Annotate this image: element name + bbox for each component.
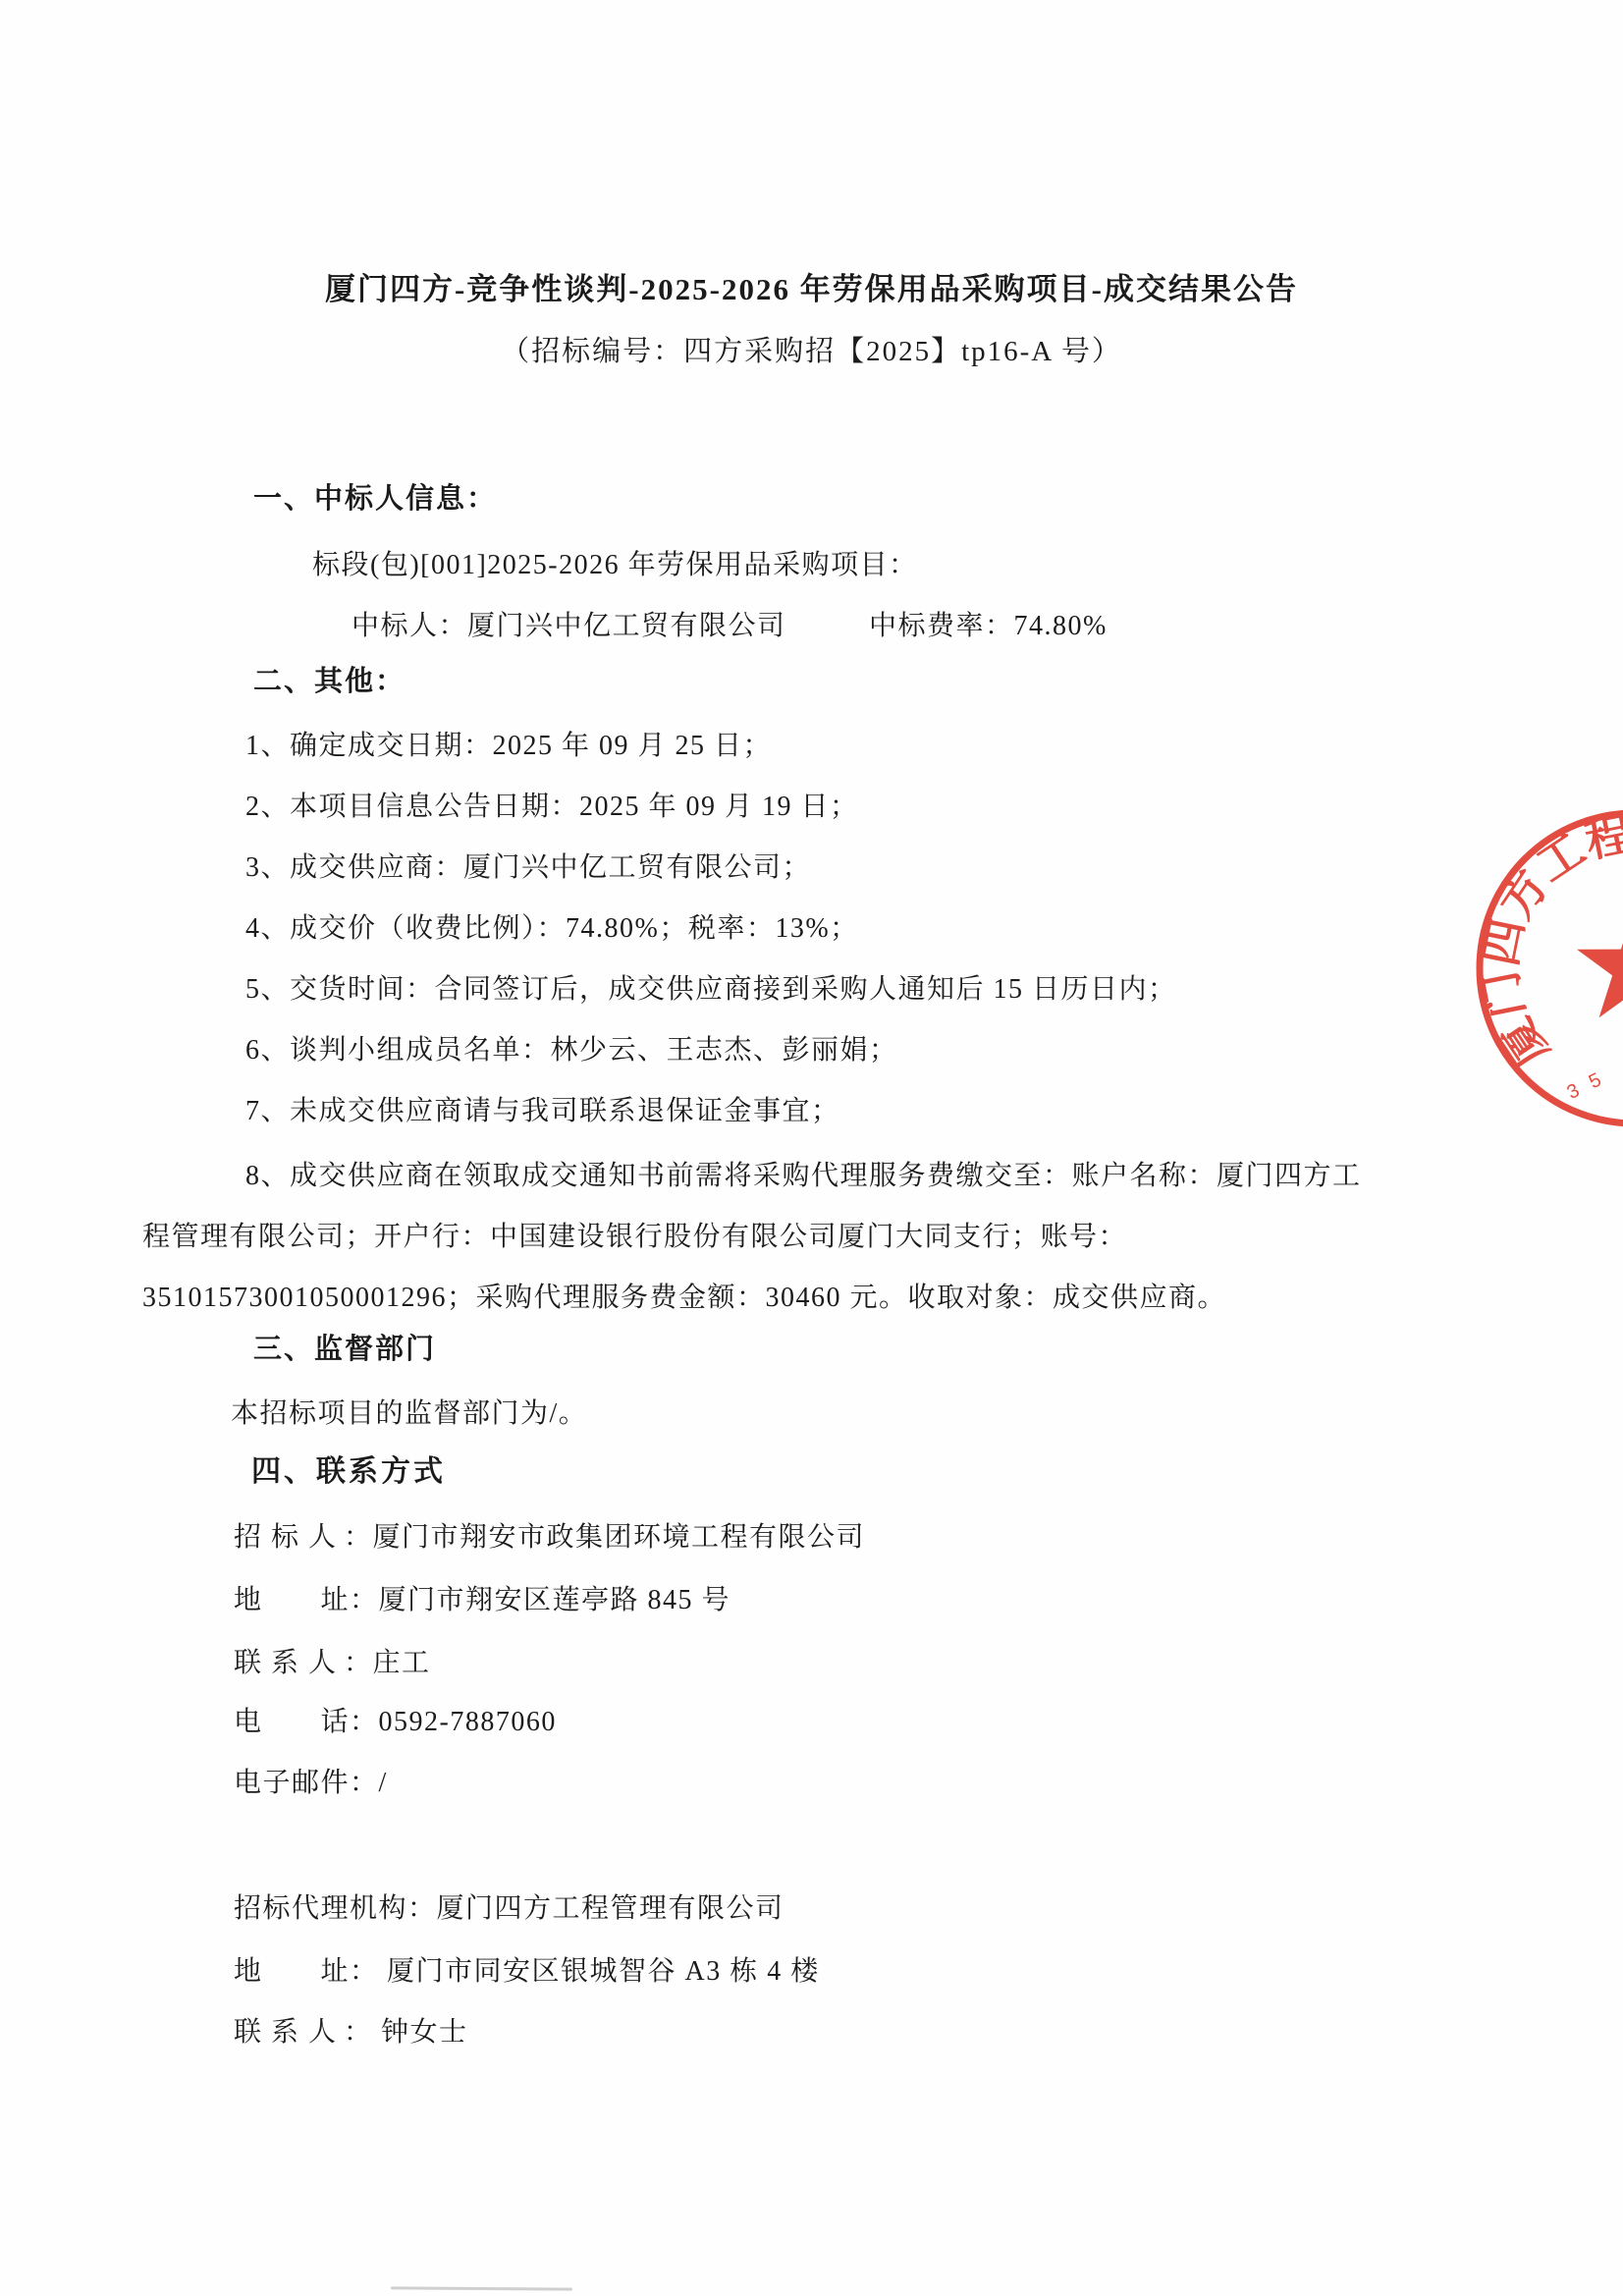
tenderer-phone-row: 电 话：0592-7887060 bbox=[234, 1705, 557, 1739]
seal-graphic: 厦门四方工程管理有限公司 3 5 bbox=[1465, 803, 1623, 1157]
section-heading-contact: 四、联系方式 bbox=[251, 1453, 446, 1491]
other-item-8-line-1: 8、成交供应商在领取成交通知书前需将采购代理服务费缴交至：账户名称：厦门四方工 bbox=[245, 1159, 1362, 1193]
section-heading-winner-info: 一、中标人信息： bbox=[253, 481, 497, 517]
row-label: 联 系 人 bbox=[234, 2015, 344, 2050]
row-value: / bbox=[379, 1768, 388, 1798]
separator: ： bbox=[344, 1522, 373, 1553]
row-label: 电子邮件 bbox=[234, 1766, 350, 1800]
separator: ： bbox=[350, 1585, 379, 1615]
seal-company-text: 厦门四方工程管理有限公司 bbox=[1476, 808, 1623, 1075]
document-page: 厦门四方-竞争性谈判-2025-2026 年劳保用品采购项目-成交结果公告 （招… bbox=[0, 0, 1623, 2296]
other-item-3: 3、成交供应商：厦门兴中亿工贸有限公司； bbox=[245, 850, 811, 885]
other-item-6: 6、谈判小组成员名单：林少云、王志杰、彭丽娟； bbox=[245, 1033, 898, 1067]
row-label: 招 标 人 bbox=[234, 1520, 344, 1555]
row-value: 厦门四方工程管理有限公司 bbox=[437, 1893, 784, 1924]
section-heading-other: 二、其他： bbox=[253, 664, 406, 699]
fee-line: 中标费率：74.80% bbox=[869, 609, 1108, 643]
other-item-5: 5、交货时间：合同签订后，成交供应商接到采购人通知后 15 日历日内； bbox=[245, 972, 1177, 1007]
row-label: 地 址 bbox=[234, 1583, 350, 1617]
row-value: 庄工 bbox=[373, 1648, 431, 1678]
fee-label: 中标费率 bbox=[869, 611, 985, 641]
agency-contact-person-row: 联 系 人： 钟女士 bbox=[234, 2015, 468, 2050]
separator: ： bbox=[350, 1956, 379, 1987]
tenderer-contact-person-row: 联 系 人：庄工 bbox=[234, 1646, 431, 1680]
seal-star-icon bbox=[1577, 907, 1623, 1017]
row-label: 电 话 bbox=[234, 1705, 350, 1739]
other-item-1: 1、确定成交日期：2025 年 09 月 25 日； bbox=[245, 729, 772, 763]
row-value: 0592-7887060 bbox=[379, 1707, 557, 1737]
separator: ： bbox=[985, 611, 1014, 641]
lot-line: 标段(包)[001]2025-2026 年劳保用品采购项目： bbox=[312, 548, 918, 582]
row-label: 地 址 bbox=[234, 1954, 350, 1989]
tenderer-email-row: 电子邮件：/ bbox=[234, 1766, 388, 1800]
row-value: 钟女士 bbox=[373, 2017, 468, 2048]
row-value: 厦门市翔安区莲亭路 845 号 bbox=[379, 1585, 731, 1615]
winner-label: 中标人 bbox=[352, 611, 439, 641]
other-item-8-line-2: 程管理有限公司；开户行：中国建设银行股份有限公司厦门大同支行；账号： bbox=[142, 1220, 1127, 1254]
company-seal: 厦门四方工程管理有限公司 3 5 bbox=[1465, 803, 1623, 1157]
section-heading-supervision: 三、监督部门 bbox=[253, 1332, 436, 1367]
fee-value: 74.80% bbox=[1014, 611, 1108, 641]
other-item-2: 2、本项目信息公告日期：2025 年 09 月 19 日； bbox=[245, 790, 859, 824]
winner-value: 厦门兴中亿工贸有限公司 bbox=[467, 611, 786, 641]
separator: ： bbox=[350, 1707, 379, 1737]
row-label: 招标代理机构 bbox=[234, 1893, 407, 1924]
other-item-4: 4、成交价（收费比例）：74.80%；税率：13%； bbox=[245, 911, 859, 946]
scan-artifact-line bbox=[391, 2286, 572, 2290]
supervision-text: 本招标项目的监督部门为/。 bbox=[231, 1396, 587, 1431]
separator: ： bbox=[439, 611, 468, 641]
row-value: 厦门市同安区银城智谷 A3 栋 4 楼 bbox=[379, 1956, 820, 1987]
winner-line: 中标人：厦门兴中亿工贸有限公司 bbox=[352, 609, 786, 643]
other-item-7: 7、未成交供应商请与我司联系退保证金事宜； bbox=[245, 1094, 840, 1128]
page-subtitle: （招标编号：四方采购招【2025】tp16-A 号） bbox=[0, 334, 1623, 369]
page-title: 厦门四方-竞争性谈判-2025-2026 年劳保用品采购项目-成交结果公告 bbox=[0, 271, 1623, 309]
seal-digits: 3 5 bbox=[1564, 1067, 1608, 1104]
row-value: 厦门市翔安市政集团环境工程有限公司 bbox=[373, 1522, 866, 1553]
row-label: 联 系 人 bbox=[234, 1646, 344, 1680]
separator: ： bbox=[350, 1768, 379, 1798]
separator: ： bbox=[407, 1893, 437, 1924]
tenderer-address-row: 地 址：厦门市翔安区莲亭路 845 号 bbox=[234, 1583, 730, 1617]
other-item-8-line-3: 35101573001050001296；采购代理服务费金额：30460 元。收… bbox=[142, 1281, 1226, 1315]
tenderer-name-row: 招 标 人：厦门市翔安市政集团环境工程有限公司 bbox=[234, 1520, 865, 1555]
agency-address-row: 地 址： 厦门市同安区银城智谷 A3 栋 4 楼 bbox=[234, 1954, 820, 1989]
separator: ： bbox=[344, 2017, 373, 2048]
agency-name-row: 招标代理机构：厦门四方工程管理有限公司 bbox=[234, 1891, 784, 1926]
separator: ： bbox=[344, 1648, 373, 1678]
